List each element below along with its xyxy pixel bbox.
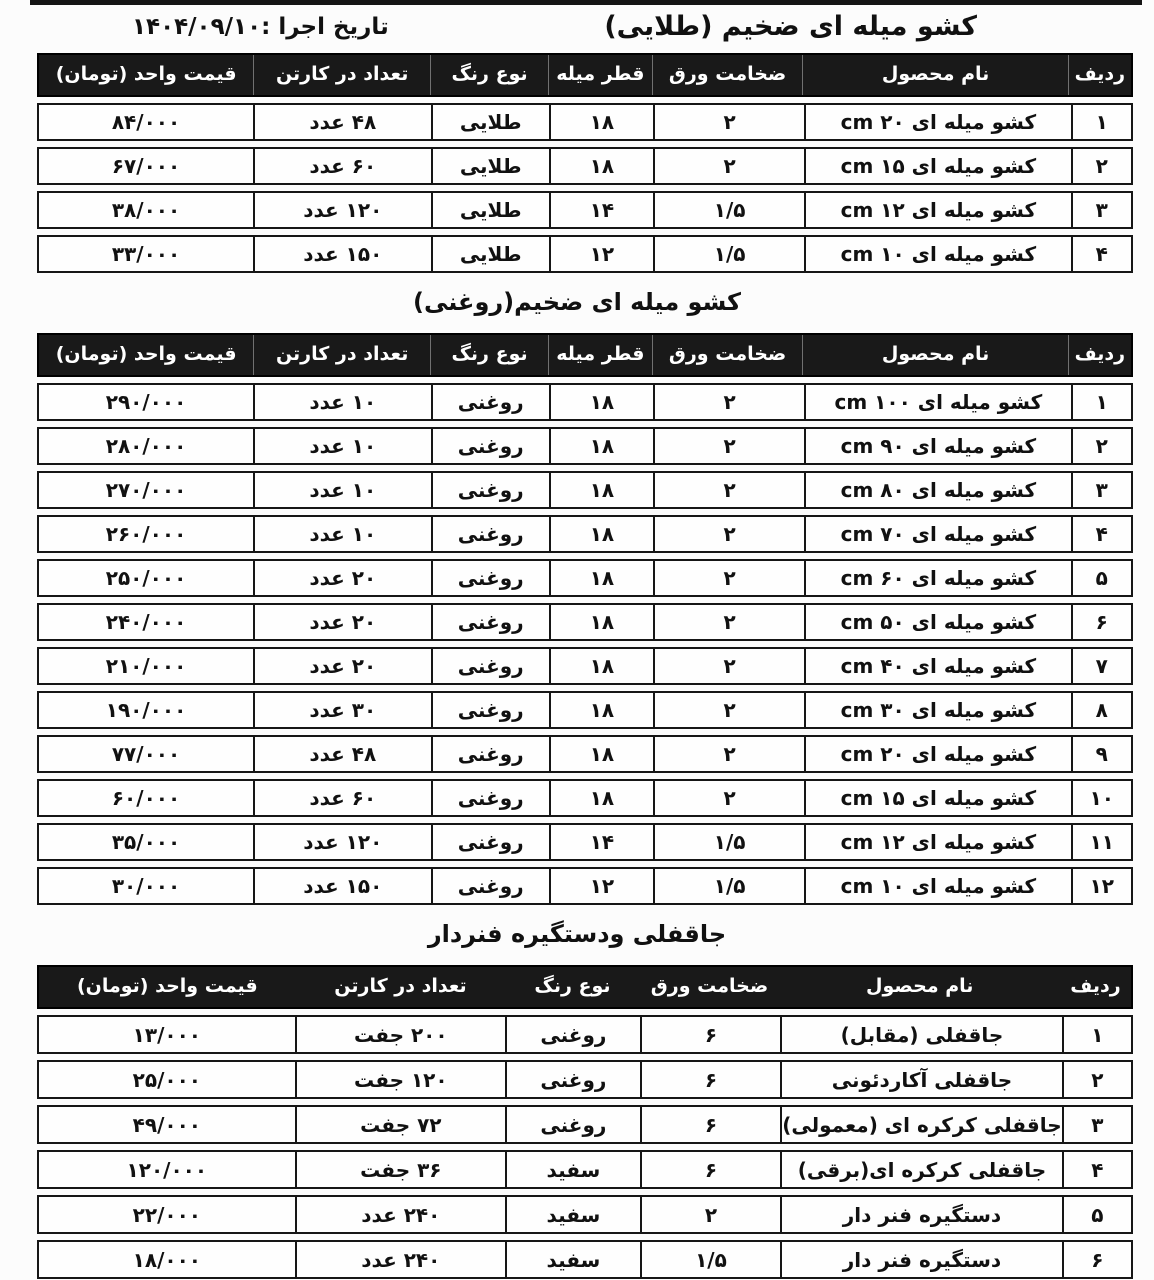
qty-per-carton-cell: ۱۰ عدد [253,515,431,553]
unit-price-cell: ۲۵۰/۰۰۰ [37,559,253,597]
paint-type-cell: روغنی [431,383,549,421]
column-header-product-name: نام محصول [779,967,1060,1007]
row-number-cell: ۱ [1071,103,1133,141]
qty-per-carton-cell: ۷۲ جفت [295,1105,505,1144]
product-name-cell: کشو میله ای cm ۱۲ [804,191,1070,229]
unit-price-cell: ۲۸۰/۰۰۰ [37,427,253,465]
product-name-cell: کشو میله ای cm ۶۰ [804,559,1070,597]
product-name-cell: کشو میله ای cm ۲۰ [804,103,1070,141]
unit-price-cell: ۳۳/۰۰۰ [37,235,253,273]
column-header-qty-per-carton: تعداد در کارتن [296,967,506,1007]
unit-price-cell: ۲۴۰/۰۰۰ [37,603,253,641]
qty-per-carton-cell: ۲۰ عدد [253,559,431,597]
product-name-cell: کشو میله ای cm ۱۵ [804,147,1070,185]
table-row: ۳ کشو میله ای cm ۸۰ ۲ ۱۸ روغنی ۱۰ عدد ۲۷… [37,471,1133,509]
unit-price-cell: ۱۲۰/۰۰۰ [37,1150,295,1189]
table-row: ۱ جاقفلی (مقابل) ۶ روغنی ۲۰۰ جفت ۱۳/۰۰۰ [37,1015,1133,1054]
product-name-cell: دستگیره فنر دار [780,1195,1062,1234]
row-number-cell: ۲ [1062,1060,1133,1099]
bar-diameter-cell: ۱۲ [549,867,653,905]
unit-price-cell: ۳۵/۰۰۰ [37,823,253,861]
unit-price-cell: ۱۳/۰۰۰ [37,1015,295,1054]
paint-type-cell: روغنی [431,427,549,465]
row-number-cell: ۲ [1071,427,1133,465]
sheet-thickness-cell: ۲ [653,559,804,597]
qty-per-carton-cell: ۲۴۰ عدد [295,1195,505,1234]
unit-price-cell: ۲۹۰/۰۰۰ [37,383,253,421]
table-row: ۲ کشو میله ای cm ۱۵ ۲ ۱۸ طلایی ۶۰ عدد ۶۷… [37,147,1133,185]
sheet-thickness-cell: ۲ [653,603,804,641]
paint-type-cell: روغنی [431,735,549,773]
table-row: ۷ کشو میله ای cm ۴۰ ۲ ۱۸ روغنی ۲۰ عدد ۲۱… [37,647,1133,685]
unit-price-cell: ۱۹۰/۰۰۰ [37,691,253,729]
qty-per-carton-cell: ۴۸ عدد [253,735,431,773]
unit-price-cell: ۲۲/۰۰۰ [37,1195,295,1234]
unit-price-cell: ۱۸/۰۰۰ [37,1240,295,1279]
bar-diameter-cell: ۱۸ [549,103,653,141]
row-number-cell: ۶ [1071,603,1133,641]
product-name-cell: کشو میله ای cm ۱۰ [804,235,1070,273]
bar-diameter-cell: ۱۸ [549,779,653,817]
paint-type-cell: روغنی [431,471,549,509]
table-row: ۱۲ کشو میله ای cm ۱۰ ۱/۵ ۱۲ روغنی ۱۵۰ عد… [37,867,1133,905]
table-row: ۳ جاقفلی کرکره ای (معمولی) ۶ روغنی ۷۲ جف… [37,1105,1133,1144]
paint-type-cell: روغنی [431,823,549,861]
column-header-qty-per-carton: تعداد در کارتن [254,55,431,95]
unit-price-cell: ۳۸/۰۰۰ [37,191,253,229]
product-name-cell: کشو میله ای cm ۱۰ [804,867,1070,905]
sheet-thickness-cell: ۱/۵ [653,235,804,273]
table-row: ۲ جاقفلی آکاردئونی ۶ روغنی ۱۲۰ جفت ۲۵/۰۰… [37,1060,1133,1099]
column-header-bar-diameter: قطر میله [549,335,653,375]
column-header-unit-price: قیمت واحد (تومان) [39,335,254,375]
paint-type-cell: روغنی [431,559,549,597]
table-row: ۵ کشو میله ای cm ۶۰ ۲ ۱۸ روغنی ۲۰ عدد ۲۵… [37,559,1133,597]
execution-date: تاریخ اجرا :۱۴۰۴/۰۹/۱۰ [132,14,389,40]
page-title: کشو میله ای ضخیم (طلایی) [604,11,977,42]
bar-diameter-cell: ۱۸ [549,515,653,553]
product-name-cell: کشو میله ای cm ۸۰ [804,471,1070,509]
paint-type-cell: طلایی [431,147,549,185]
bar-diameter-cell: ۱۸ [549,735,653,773]
table-row: ۴ کشو میله ای cm ۱۰ ۱/۵ ۱۲ طلایی ۱۵۰ عدد… [37,235,1133,273]
unit-price-cell: ۶۷/۰۰۰ [37,147,253,185]
row-number-cell: ۴ [1071,515,1133,553]
table-row: ۱ کشو میله ای cm ۲۰ ۲ ۱۸ طلایی ۴۸ عدد ۸۴… [37,103,1133,141]
qty-per-carton-cell: ۱۰ عدد [253,471,431,509]
row-number-cell: ۵ [1062,1195,1133,1234]
bar-diameter-cell: ۱۴ [549,191,653,229]
row-number-cell: ۷ [1071,647,1133,685]
bar-diameter-cell: ۱۸ [549,383,653,421]
paint-type-cell: سفید [505,1150,640,1189]
column-header-paint-type: نوع رنگ [431,335,549,375]
product-name-cell: کشو میله ای cm ۳۰ [804,691,1070,729]
bar-diameter-cell: ۱۸ [549,603,653,641]
sheet-thickness-cell: ۲ [653,471,804,509]
locks-table-header: ردیف نام محصول ضخامت ورق نوع رنگ تعداد د… [37,965,1133,1009]
sheet-thickness-cell: ۱/۵ [653,867,804,905]
bar-diameter-cell: ۱۲ [549,235,653,273]
paint-type-cell: روغنی [431,647,549,685]
qty-per-carton-cell: ۱۰ عدد [253,383,431,421]
paint-type-cell: طلایی [431,103,549,141]
paint-type-cell: طلایی [431,191,549,229]
bar-diameter-cell: ۱۴ [549,823,653,861]
unit-price-cell: ۲۵/۰۰۰ [37,1060,295,1099]
oil-drawers-table: ردیف نام محصول ضخامت ورق قطر میله نوع رن… [37,333,1133,905]
bar-diameter-cell: ۱۸ [549,471,653,509]
row-number-cell: ۶ [1062,1240,1133,1279]
column-header-row-number: ردیف [1069,55,1131,95]
row-number-cell: ۹ [1071,735,1133,773]
product-name-cell: کشو میله ای cm ۱۲ [804,823,1070,861]
table-row: ۱۱ کشو میله ای cm ۱۲ ۱/۵ ۱۴ روغنی ۱۲۰ عد… [37,823,1133,861]
table-row: ۴ کشو میله ای cm ۷۰ ۲ ۱۸ روغنی ۱۰ عدد ۲۶… [37,515,1133,553]
paint-type-cell: روغنی [431,779,549,817]
paint-type-cell: روغنی [431,691,549,729]
table-row: ۱ کشو میله ای cm ۱۰۰ ۲ ۱۸ روغنی ۱۰ عدد ۲… [37,383,1133,421]
page-header: کشو میله ای ضخیم (طلایی) تاریخ اجرا :۱۴۰… [0,5,1154,53]
column-header-bar-diameter: قطر میله [549,55,653,95]
sheet-thickness-cell: ۲ [653,735,804,773]
table-row: ۲ کشو میله ای cm ۹۰ ۲ ۱۸ روغنی ۱۰ عدد ۲۸… [37,427,1133,465]
sheet-thickness-cell: ۱/۵ [653,823,804,861]
column-header-row-number: ردیف [1069,335,1131,375]
paint-type-cell: روغنی [431,867,549,905]
sheet-thickness-cell: ۲ [653,779,804,817]
sheet-thickness-cell: ۲ [653,515,804,553]
qty-per-carton-cell: ۶۰ عدد [253,147,431,185]
row-number-cell: ۳ [1071,471,1133,509]
row-number-cell: ۸ [1071,691,1133,729]
paint-type-cell: سفید [505,1240,640,1279]
row-number-cell: ۱۰ [1071,779,1133,817]
unit-price-cell: ۸۴/۰۰۰ [37,103,253,141]
sheet-thickness-cell: ۶ [640,1060,780,1099]
column-header-paint-type: نوع رنگ [505,967,639,1007]
qty-per-carton-cell: ۳۶ جفت [295,1150,505,1189]
row-number-cell: ۴ [1062,1150,1133,1189]
unit-price-cell: ۲۷۰/۰۰۰ [37,471,253,509]
table-row: ۹ کشو میله ای cm ۲۰ ۲ ۱۸ روغنی ۴۸ عدد ۷۷… [37,735,1133,773]
sheet-thickness-cell: ۱/۵ [640,1240,780,1279]
product-name-cell: کشو میله ای cm ۴۰ [804,647,1070,685]
section-title-oil: کشو میله ای ضخیم(روغنی) [0,285,1154,319]
unit-price-cell: ۳۰/۰۰۰ [37,867,253,905]
column-header-sheet-thickness: ضخامت ورق [640,967,780,1007]
sheet-thickness-cell: ۲ [653,103,804,141]
unit-price-cell: ۶۰/۰۰۰ [37,779,253,817]
column-header-sheet-thickness: ضخامت ورق [653,55,804,95]
paint-type-cell: روغنی [505,1060,640,1099]
sheet-thickness-cell: ۶ [640,1150,780,1189]
section-title-locks: جاقفلی ودستگیره فنردار [0,917,1154,951]
qty-per-carton-cell: ۲۰ عدد [253,647,431,685]
qty-per-carton-cell: ۲۰۰ جفت [295,1015,505,1054]
qty-per-carton-cell: ۱۵۰ عدد [253,867,431,905]
sheet-thickness-cell: ۱/۵ [653,191,804,229]
table-row: ۶ دستگیره فنر دار ۱/۵ سفید ۲۴۰ عدد ۱۸/۰۰… [37,1240,1133,1279]
column-header-sheet-thickness: ضخامت ورق [653,335,804,375]
bar-diameter-cell: ۱۸ [549,559,653,597]
row-number-cell: ۵ [1071,559,1133,597]
table-row: ۴ جاقفلی کرکره ای(برقی) ۶ سفید ۳۶ جفت ۱۲… [37,1150,1133,1189]
table-row: ۸ کشو میله ای cm ۳۰ ۲ ۱۸ روغنی ۳۰ عدد ۱۹… [37,691,1133,729]
product-name-cell: جاقفلی کرکره ای (معمولی) [780,1105,1062,1144]
unit-price-cell: ۲۶۰/۰۰۰ [37,515,253,553]
paint-type-cell: روغنی [505,1105,640,1144]
paint-type-cell: روغنی [431,515,549,553]
paint-type-cell: سفید [505,1195,640,1234]
product-name-cell: کشو میله ای cm ۹۰ [804,427,1070,465]
unit-price-cell: ۲۱۰/۰۰۰ [37,647,253,685]
row-number-cell: ۱ [1071,383,1133,421]
column-header-product-name: نام محصول [803,55,1068,95]
column-header-product-name: نام محصول [803,335,1068,375]
paint-type-cell: روغنی [431,603,549,641]
bar-diameter-cell: ۱۸ [549,691,653,729]
product-name-cell: کشو میله ای cm ۷۰ [804,515,1070,553]
golden-drawers-table: ردیف نام محصول ضخامت ورق قطر میله نوع رن… [37,53,1133,273]
column-header-paint-type: نوع رنگ [431,55,549,95]
row-number-cell: ۳ [1071,191,1133,229]
row-number-cell: ۱ [1062,1015,1133,1054]
table-row: ۶ کشو میله ای cm ۵۰ ۲ ۱۸ روغنی ۲۰ عدد ۲۴… [37,603,1133,641]
unit-price-cell: ۴۹/۰۰۰ [37,1105,295,1144]
price-list-page: کشو میله ای ضخیم (طلایی) تاریخ اجرا :۱۴۰… [0,0,1154,1280]
product-name-cell: کشو میله ای cm ۱۵ [804,779,1070,817]
row-number-cell: ۱۲ [1071,867,1133,905]
qty-per-carton-cell: ۱۲۰ عدد [253,823,431,861]
sheet-thickness-cell: ۲ [653,691,804,729]
sheet-thickness-cell: ۲ [653,147,804,185]
product-name-cell: کشو میله ای cm ۵۰ [804,603,1070,641]
qty-per-carton-cell: ۱۲۰ جفت [295,1060,505,1099]
product-name-cell: جاقفلی کرکره ای(برقی) [780,1150,1062,1189]
locks-handles-table: ردیف نام محصول ضخامت ورق نوع رنگ تعداد د… [37,965,1133,1279]
column-header-row-number: ردیف [1060,967,1131,1007]
oil-table-header: ردیف نام محصول ضخامت ورق قطر میله نوع رن… [37,333,1133,377]
qty-per-carton-cell: ۶۰ عدد [253,779,431,817]
sheet-thickness-cell: ۲ [653,383,804,421]
sheet-thickness-cell: ۲ [653,647,804,685]
row-number-cell: ۱۱ [1071,823,1133,861]
qty-per-carton-cell: ۳۰ عدد [253,691,431,729]
qty-per-carton-cell: ۴۸ عدد [253,103,431,141]
product-name-cell: کشو میله ای cm ۱۰۰ [804,383,1070,421]
table-row: ۱۰ کشو میله ای cm ۱۵ ۲ ۱۸ روغنی ۶۰ عدد ۶… [37,779,1133,817]
qty-per-carton-cell: ۲۴۰ عدد [295,1240,505,1279]
sheet-thickness-cell: ۲ [640,1195,780,1234]
qty-per-carton-cell: ۱۲۰ عدد [253,191,431,229]
paint-type-cell: روغنی [505,1015,640,1054]
row-number-cell: ۲ [1071,147,1133,185]
bar-diameter-cell: ۱۸ [549,427,653,465]
column-header-unit-price: قیمت واحد (تومان) [39,55,254,95]
bar-diameter-cell: ۱۸ [549,147,653,185]
unit-price-cell: ۷۷/۰۰۰ [37,735,253,773]
golden-table-header: ردیف نام محصول ضخامت ورق قطر میله نوع رن… [37,53,1133,97]
sheet-thickness-cell: ۶ [640,1015,780,1054]
row-number-cell: ۴ [1071,235,1133,273]
column-header-unit-price: قیمت واحد (تومان) [39,967,296,1007]
sheet-thickness-cell: ۲ [653,427,804,465]
product-name-cell: جاقفلی آکاردئونی [780,1060,1062,1099]
qty-per-carton-cell: ۱۵۰ عدد [253,235,431,273]
sheet-thickness-cell: ۶ [640,1105,780,1144]
table-row: ۵ دستگیره فنر دار ۲ سفید ۲۴۰ عدد ۲۲/۰۰۰ [37,1195,1133,1234]
bar-diameter-cell: ۱۸ [549,647,653,685]
product-name-cell: جاقفلی (مقابل) [780,1015,1062,1054]
product-name-cell: کشو میله ای cm ۲۰ [804,735,1070,773]
product-name-cell: دستگیره فنر دار [780,1240,1062,1279]
qty-per-carton-cell: ۲۰ عدد [253,603,431,641]
column-header-qty-per-carton: تعداد در کارتن [254,335,431,375]
row-number-cell: ۳ [1062,1105,1133,1144]
paint-type-cell: طلایی [431,235,549,273]
table-row: ۳ کشو میله ای cm ۱۲ ۱/۵ ۱۴ طلایی ۱۲۰ عدد… [37,191,1133,229]
qty-per-carton-cell: ۱۰ عدد [253,427,431,465]
